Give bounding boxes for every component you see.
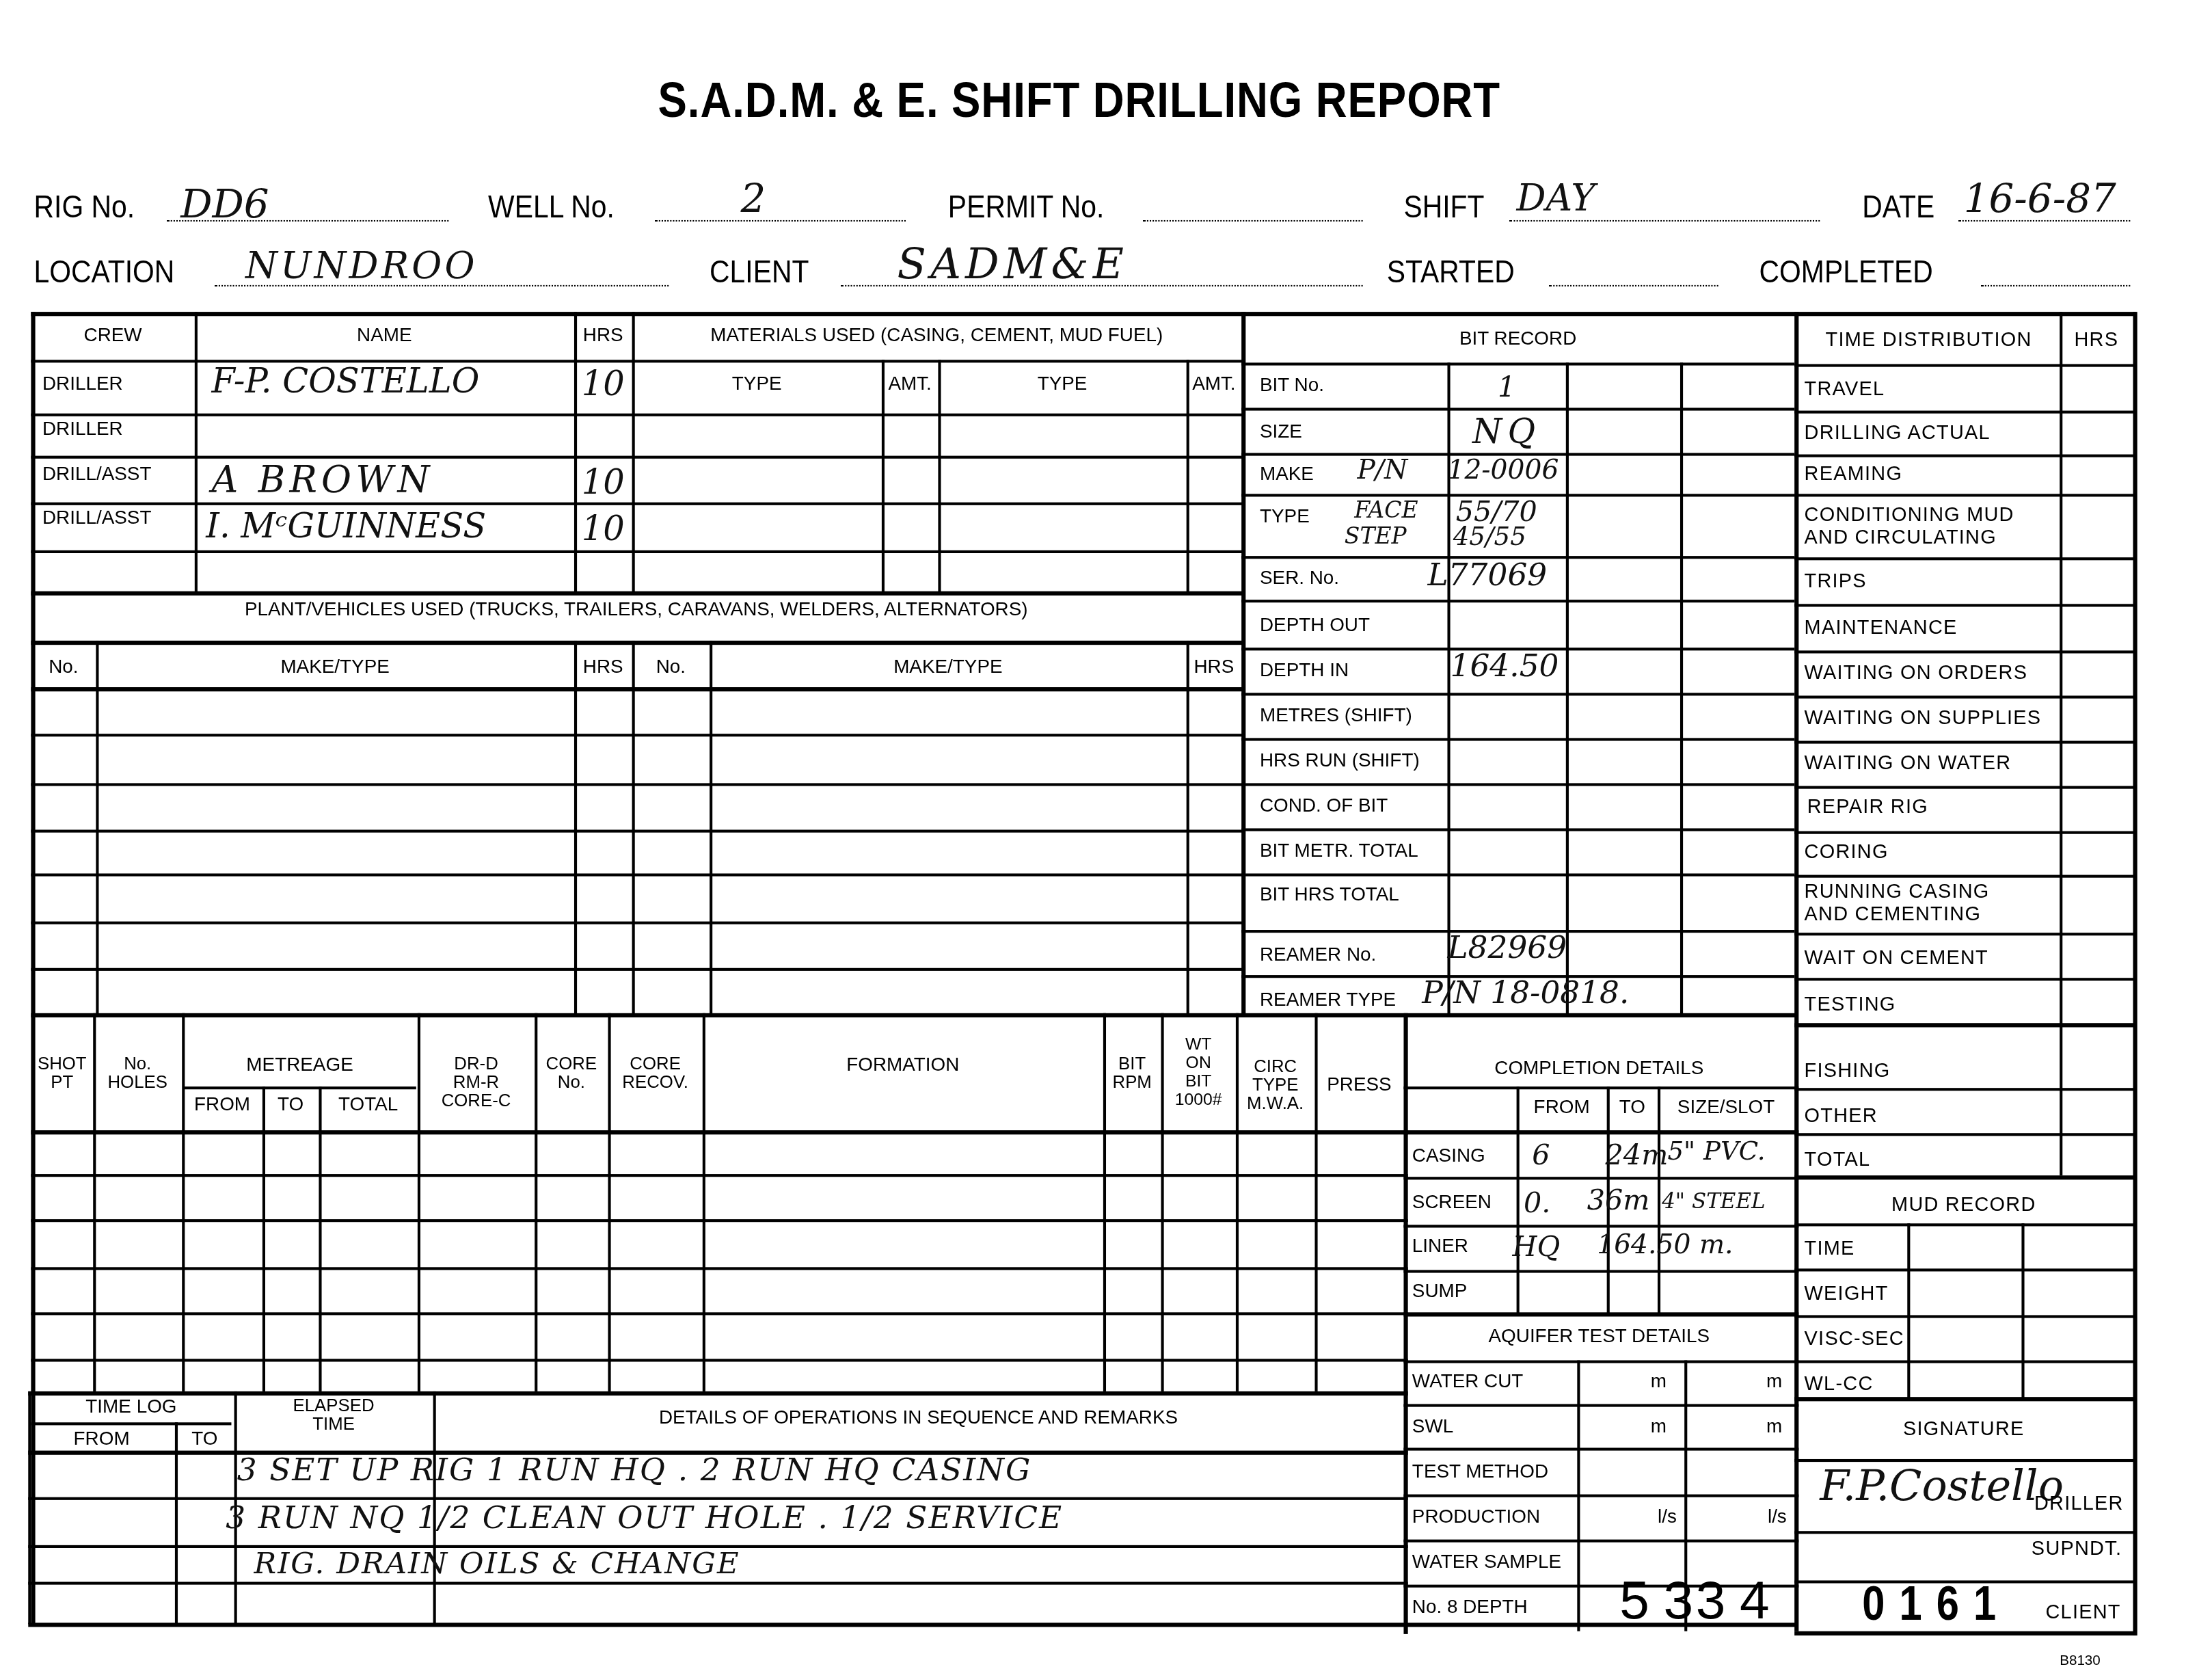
plant-row-2 xyxy=(31,783,1244,786)
crew-hrs-field[interactable]: 10 xyxy=(574,364,632,403)
completion-line xyxy=(1403,1312,1798,1316)
plant-make2-header: MAKE/TYPE xyxy=(710,658,1187,678)
screen-to-field[interactable]: 36m xyxy=(1587,1182,1650,1216)
plant-row-6 xyxy=(31,968,1244,971)
completion-col xyxy=(1658,1086,1660,1313)
plant-title: PLANT/VEHICLES USED (TRUCKS, TRAILERS, C… xyxy=(31,600,1241,619)
plant-col-make2 xyxy=(710,641,712,1015)
crew-role: DRILL/ASST xyxy=(42,464,151,484)
time-dist-title: TIME DISTRIBUTION xyxy=(1826,329,2032,349)
timelog-split xyxy=(31,1422,231,1425)
log-row xyxy=(31,1359,1407,1361)
completion-line xyxy=(1403,1086,1798,1089)
bit-label: HRS RUN (SHIFT) xyxy=(1260,751,1420,771)
td-line xyxy=(1794,1175,2135,1179)
reamer-type-field[interactable]: P/N 18-0818. xyxy=(1422,976,1629,1012)
plant-no2-header: No. xyxy=(632,658,710,678)
shift-field[interactable]: DAY xyxy=(1517,178,1595,220)
aquifer-col xyxy=(1577,1361,1579,1631)
crew-line-2 xyxy=(31,456,1244,459)
drd-header: DR-DRM-RCORE-C xyxy=(418,1056,535,1111)
bit-record-title: BIT RECORD xyxy=(1241,329,1794,349)
time-dist-item: REAMING xyxy=(1805,463,1903,483)
aquifer-unit: m xyxy=(1766,1417,1782,1437)
serial-number: 0161 xyxy=(1862,1577,2010,1632)
hrs-header: HRS xyxy=(574,326,632,346)
mud-label: VISC-SEC xyxy=(1805,1328,1904,1348)
bit-line xyxy=(1241,693,1794,695)
operation-line[interactable]: 3 SET UP RIG 1 RUN HQ . 2 RUN HQ CASING xyxy=(237,1454,1032,1489)
crew-col-name xyxy=(195,312,197,593)
td-line xyxy=(1794,786,2135,789)
completed-label: COMPLETED xyxy=(1759,254,1933,291)
elapsed-time-header: ELAPSEDTIME xyxy=(234,1397,433,1434)
details-title: DETAILS OF OPERATIONS IN SEQUENCE AND RE… xyxy=(433,1408,1404,1428)
aquifer-line xyxy=(1403,1447,1798,1450)
core-no-header: CORENo. xyxy=(535,1056,608,1093)
time-log-to: TO xyxy=(175,1430,234,1450)
time-dist-item: AND CEMENTING xyxy=(1805,903,1981,924)
liner-from-field[interactable]: HQ xyxy=(1512,1229,1560,1264)
liner-to-field[interactable]: 164.50 m. xyxy=(1597,1229,1733,1260)
time-dist-item: WAIT ON CEMENT xyxy=(1805,947,1988,967)
time-dist-item: CORING xyxy=(1805,841,1889,862)
signature-title: SIGNATURE xyxy=(1794,1418,2133,1439)
bit-line xyxy=(1241,738,1794,740)
time-dist-item: WAITING ON WATER xyxy=(1805,752,2012,773)
supndt-label: SUPNDT. xyxy=(2032,1538,2122,1559)
operation-line[interactable]: 3 RUN NQ 1/2 CLEAN OUT HOLE . 1/2 SERVIC… xyxy=(226,1501,1063,1537)
td-line xyxy=(1794,740,2135,743)
log-col xyxy=(1314,1013,1317,1391)
td-line xyxy=(1794,494,2135,496)
mud-label: WL-CC xyxy=(1805,1373,1874,1393)
bit-line xyxy=(1241,873,1794,876)
td-line xyxy=(1794,831,2135,834)
crew-role: DRILLER xyxy=(42,374,123,394)
bit-line xyxy=(1241,828,1794,831)
crew-hrs-field[interactable]: 10 xyxy=(574,463,632,503)
drilling-report-form: S.A.D.M. & E. SHIFT DRILLING REPORT RIG … xyxy=(0,0,2212,1664)
crew-col-hrs xyxy=(574,312,576,593)
plant-col-hrs2 xyxy=(1187,641,1189,1015)
bit-no-field[interactable]: 1 xyxy=(1447,370,1565,404)
metreage-from-header: FROM xyxy=(182,1095,262,1115)
td-line xyxy=(1794,933,2135,935)
td-line xyxy=(1794,1088,2135,1091)
depth-number-a: 53 xyxy=(1619,1572,1708,1633)
plant-col-no2 xyxy=(632,641,634,1015)
metreage-total-header: TOTAL xyxy=(319,1095,417,1115)
aquifer-title: AQUIFER TEST DETAILS xyxy=(1403,1326,1794,1346)
timelog-col xyxy=(175,1422,177,1624)
crew-name-field[interactable]: A BROWN xyxy=(212,460,434,503)
completion-line xyxy=(1403,1270,1798,1272)
mat-amt-header: AMT. xyxy=(882,374,939,394)
reamer-no-field[interactable]: L82969 xyxy=(1447,931,1567,967)
completion-label: CASING xyxy=(1412,1146,1485,1166)
metreage-header: METREAGE xyxy=(182,1056,418,1076)
aquifer-line xyxy=(1403,1361,1798,1363)
bit-label: BIT METR. TOTAL xyxy=(1260,841,1418,861)
bit-type-step-field[interactable]: 45/55 xyxy=(1453,522,1526,552)
aquifer-line xyxy=(1403,1495,1798,1497)
plant-row-3 xyxy=(31,830,1244,833)
bit-make-field[interactable]: 12-0006 xyxy=(1447,455,1559,485)
completion-title: COMPLETION DETAILS xyxy=(1403,1058,1794,1078)
bit-label: REAMER TYPE xyxy=(1260,991,1396,1011)
bit-type-note-face: FACE xyxy=(1354,496,1418,523)
screen-from-field[interactable]: 0. xyxy=(1524,1186,1550,1220)
bit-col-2 xyxy=(1566,362,1568,1014)
casing-from-field[interactable]: 6 xyxy=(1532,1137,1550,1171)
mat-col-amt2 xyxy=(1187,360,1189,593)
aquifer-line xyxy=(1403,1404,1798,1406)
td-line xyxy=(1794,1023,2135,1027)
aquifer-label: WATER SAMPLE xyxy=(1412,1552,1561,1572)
mat-type-header: TYPE xyxy=(632,374,882,394)
mat-type2-header: TYPE xyxy=(938,374,1186,394)
driller-signature[interactable]: F.P.Costello xyxy=(1820,1462,2064,1511)
bit-label: SIZE xyxy=(1260,422,1302,442)
td-line xyxy=(1794,557,2135,560)
aquifer-unit: l/s xyxy=(1768,1507,1787,1527)
log-row xyxy=(31,1267,1407,1270)
bit-label: DEPTH OUT xyxy=(1260,615,1370,635)
crew-header: CREW xyxy=(31,326,194,346)
crew-col-materials xyxy=(632,312,634,593)
frame-top xyxy=(31,312,2135,316)
completion-to-header: TO xyxy=(1607,1098,1658,1118)
casing-to-field[interactable]: 24m xyxy=(1606,1137,1669,1171)
plant-no-header: No. xyxy=(31,658,96,678)
td-line xyxy=(1794,695,2135,698)
divider-bit-record-left xyxy=(1241,312,1245,1015)
log-row xyxy=(31,1312,1407,1315)
td-line xyxy=(1794,1133,2135,1136)
wt-on-bit-header: WTONBIT1000# xyxy=(1161,1036,1236,1109)
bit-line xyxy=(1241,600,1794,602)
td-line xyxy=(1794,875,2135,878)
frame-bottom-left xyxy=(28,1623,1797,1627)
driller-label: DRILLER xyxy=(2034,1493,2124,1514)
time-log-title: TIME LOG xyxy=(28,1397,234,1417)
time-dist-item: MAINTENANCE xyxy=(1805,617,1958,637)
bit-make-note: P/N xyxy=(1357,455,1407,485)
aquifer-line xyxy=(1403,1540,1798,1543)
materials-title: MATERIALS USED (CASING, CEMENT, MUD FUEL… xyxy=(632,326,1242,346)
bit-rpm-header: BITRPM xyxy=(1103,1056,1161,1093)
log-col xyxy=(319,1086,321,1391)
rig-no-label: RIG No. xyxy=(34,189,135,226)
permit-no-line xyxy=(1143,220,1363,222)
aquifer-label: PRODUCTION xyxy=(1412,1507,1540,1527)
crew-role: DRILL/ASST xyxy=(42,508,151,528)
log-row xyxy=(31,1174,1407,1177)
mud-line xyxy=(1794,1223,2135,1226)
well-no-label: WELL No. xyxy=(488,189,615,226)
td-line xyxy=(1794,455,2135,457)
completed-line xyxy=(1981,285,2131,286)
mud-line xyxy=(1794,1268,2135,1271)
page-title: S.A.D.M. & E. SHIFT DRILLING REPORT xyxy=(129,73,2029,130)
location-label: LOCATION xyxy=(34,254,175,291)
press-header: PRESS xyxy=(1314,1076,1403,1095)
time-dist-item: FISHING xyxy=(1805,1060,1891,1080)
bit-serial-field[interactable]: L77069 xyxy=(1428,559,1548,594)
crew-bottom xyxy=(31,591,1244,596)
time-dist-hrs-header: HRS xyxy=(2060,329,2133,349)
td-line xyxy=(1794,604,2135,606)
aquifer-unit: m xyxy=(1766,1372,1782,1391)
bit-label: SER. No. xyxy=(1260,569,1339,589)
log-col xyxy=(262,1086,265,1391)
aquifer-unit: m xyxy=(1651,1417,1667,1437)
time-dist-item: DRILLING ACTUAL xyxy=(1805,422,1991,442)
aquifer-label: SWL xyxy=(1412,1417,1453,1437)
completion-col xyxy=(1517,1086,1519,1313)
crew-line-1 xyxy=(31,414,1244,416)
completion-size-header: SIZE/SLOT xyxy=(1658,1098,1794,1118)
time-dist-item: AND CIRCULATING xyxy=(1805,526,1997,547)
time-dist-item: OTHER xyxy=(1805,1105,1878,1125)
bit-depth-in-field[interactable]: 164.50 xyxy=(1451,649,1559,684)
td-line xyxy=(1794,411,2135,414)
well-no-field[interactable]: 2 xyxy=(740,175,766,222)
casing-size-field[interactable]: 5" PVC. xyxy=(1667,1137,1765,1166)
time-dist-item: REPAIR RIG xyxy=(1807,796,1928,816)
bit-label: BIT HRS TOTAL xyxy=(1260,885,1399,905)
mat-amt2-header: AMT. xyxy=(1187,374,1241,394)
sig-line xyxy=(1794,1531,2135,1534)
location-field[interactable]: NUNDROO xyxy=(245,245,477,288)
time-dist-item: CONDITIONING MUD xyxy=(1805,504,2014,524)
bit-label: REAMER No. xyxy=(1260,946,1376,965)
time-dist-item: TOTAL xyxy=(1805,1149,1871,1169)
bit-label: COND. OF BIT xyxy=(1260,796,1388,816)
started-label: STARTED xyxy=(1387,254,1515,291)
no-holes-header: No.HOLES xyxy=(93,1056,182,1093)
crew-name-field[interactable]: I. MᶜGUINNESS xyxy=(206,507,486,546)
plant-hrs-header: HRS xyxy=(574,658,632,678)
bit-label: TYPE xyxy=(1260,507,1310,526)
aquifer-unit: m xyxy=(1651,1372,1667,1391)
completion-label: LINER xyxy=(1412,1236,1468,1256)
bit-type-note-step: STEP xyxy=(1345,522,1407,549)
core-recov-header: CORERECOV. xyxy=(608,1056,702,1093)
mud-label: WEIGHT xyxy=(1805,1283,1889,1303)
time-log-from: FROM xyxy=(28,1430,175,1450)
well-no-line xyxy=(655,220,906,222)
bit-label: METRES (SHIFT) xyxy=(1260,706,1412,725)
bit-line xyxy=(1241,408,1794,410)
screen-size-field[interactable]: 4" STEEL xyxy=(1662,1188,1765,1214)
td-line xyxy=(1794,978,2135,980)
time-dist-item: RUNNING CASING xyxy=(1805,881,1990,901)
mud-col xyxy=(2021,1223,2023,1398)
bit-header-line xyxy=(1241,362,1794,365)
completion-label: SUMP xyxy=(1412,1281,1468,1301)
mud-line xyxy=(1794,1315,2135,1318)
timelog-col xyxy=(28,1391,30,1625)
circ-type-header: CIRCTYPEM.W.A. xyxy=(1236,1058,1315,1114)
crew-line-3 xyxy=(31,503,1244,505)
plant-hrs2-header: HRS xyxy=(1187,658,1241,678)
plant-header-line xyxy=(31,641,1244,645)
shot-pt-header: SHOTPT xyxy=(31,1056,93,1093)
formation-header: FORMATION xyxy=(703,1056,1103,1076)
log-top-line xyxy=(31,1013,1797,1017)
crew-hrs-field[interactable]: 10 xyxy=(574,509,632,549)
crew-line-4 xyxy=(31,550,1244,553)
plant-make-header: MAKE/TYPE xyxy=(96,658,574,678)
aquifer-label: No. 8 DEPTH xyxy=(1412,1597,1528,1617)
bit-size-field[interactable]: NQ xyxy=(1447,412,1565,452)
aquifer-label: WATER CUT xyxy=(1412,1372,1524,1391)
aquifer-unit: l/s xyxy=(1658,1507,1677,1527)
date-field[interactable]: 16-6-87 xyxy=(1964,175,2116,222)
time-dist-item: TESTING xyxy=(1805,993,1896,1014)
bit-label: DEPTH IN xyxy=(1260,660,1349,680)
mud-line xyxy=(1794,1361,2135,1363)
form-code: B8130 xyxy=(2060,1654,2101,1664)
log-row xyxy=(31,1219,1407,1222)
bit-label: MAKE xyxy=(1260,464,1314,484)
time-dist-item: TRIPS xyxy=(1805,570,1867,591)
client-field[interactable]: SADM&E xyxy=(898,240,1129,289)
started-line xyxy=(1549,285,1718,286)
crew-name-field[interactable]: F-P. COSTELLO xyxy=(212,361,480,401)
mud-line xyxy=(1794,1397,2135,1401)
metreage-to-header: TO xyxy=(262,1095,319,1115)
date-label: DATE xyxy=(1862,189,1934,226)
operation-line[interactable]: RIG. DRAIN OILS & CHANGE xyxy=(254,1547,740,1581)
plant-row-4 xyxy=(31,873,1244,876)
client-sig-label: CLIENT xyxy=(2046,1601,2121,1622)
completion-label: SCREEN xyxy=(1412,1192,1492,1212)
mud-col xyxy=(1907,1223,1909,1398)
td-line xyxy=(1794,650,2135,653)
name-header: NAME xyxy=(195,326,574,346)
time-dist-item: TRAVEL xyxy=(1805,378,1885,399)
plant-row-1 xyxy=(31,734,1244,736)
completion-from-header: FROM xyxy=(1517,1098,1607,1118)
plant-col-make xyxy=(96,641,98,1015)
mat-col-amt xyxy=(882,360,884,593)
plant-row-5 xyxy=(31,922,1244,924)
time-dist-item: WAITING ON SUPPLIES xyxy=(1805,707,2042,727)
frame-right xyxy=(2133,312,2136,1635)
bit-label: BIT No. xyxy=(1260,375,1324,395)
rig-no-field[interactable]: DD6 xyxy=(180,181,269,227)
log-header-bottom xyxy=(31,1130,1407,1134)
bit-col-3 xyxy=(1680,362,1682,1014)
plant-col-hrs xyxy=(574,641,576,1015)
metreage-split xyxy=(183,1086,416,1089)
mud-label: TIME xyxy=(1805,1238,1855,1258)
mat-col-type2 xyxy=(938,360,940,593)
depth-number-b: 34 xyxy=(1696,1572,1784,1633)
aquifer-label: TEST METHOD xyxy=(1412,1462,1548,1482)
time-dist-item: WAITING ON ORDERS xyxy=(1805,662,2028,682)
completion-line xyxy=(1403,1130,1798,1134)
td-line xyxy=(1794,364,2135,366)
client-label: CLIENT xyxy=(710,254,809,291)
crew-role: DRILLER xyxy=(42,419,123,439)
shift-line xyxy=(1509,220,1820,222)
shift-label: SHIFT xyxy=(1403,189,1484,226)
completion-line xyxy=(1403,1225,1798,1227)
permit-no-label: PERMIT No. xyxy=(948,189,1105,226)
bit-line xyxy=(1241,783,1794,786)
plant-cols-line xyxy=(31,687,1244,691)
completion-line xyxy=(1403,1177,1798,1179)
mud-record-title: MUD RECORD xyxy=(1794,1194,2133,1214)
